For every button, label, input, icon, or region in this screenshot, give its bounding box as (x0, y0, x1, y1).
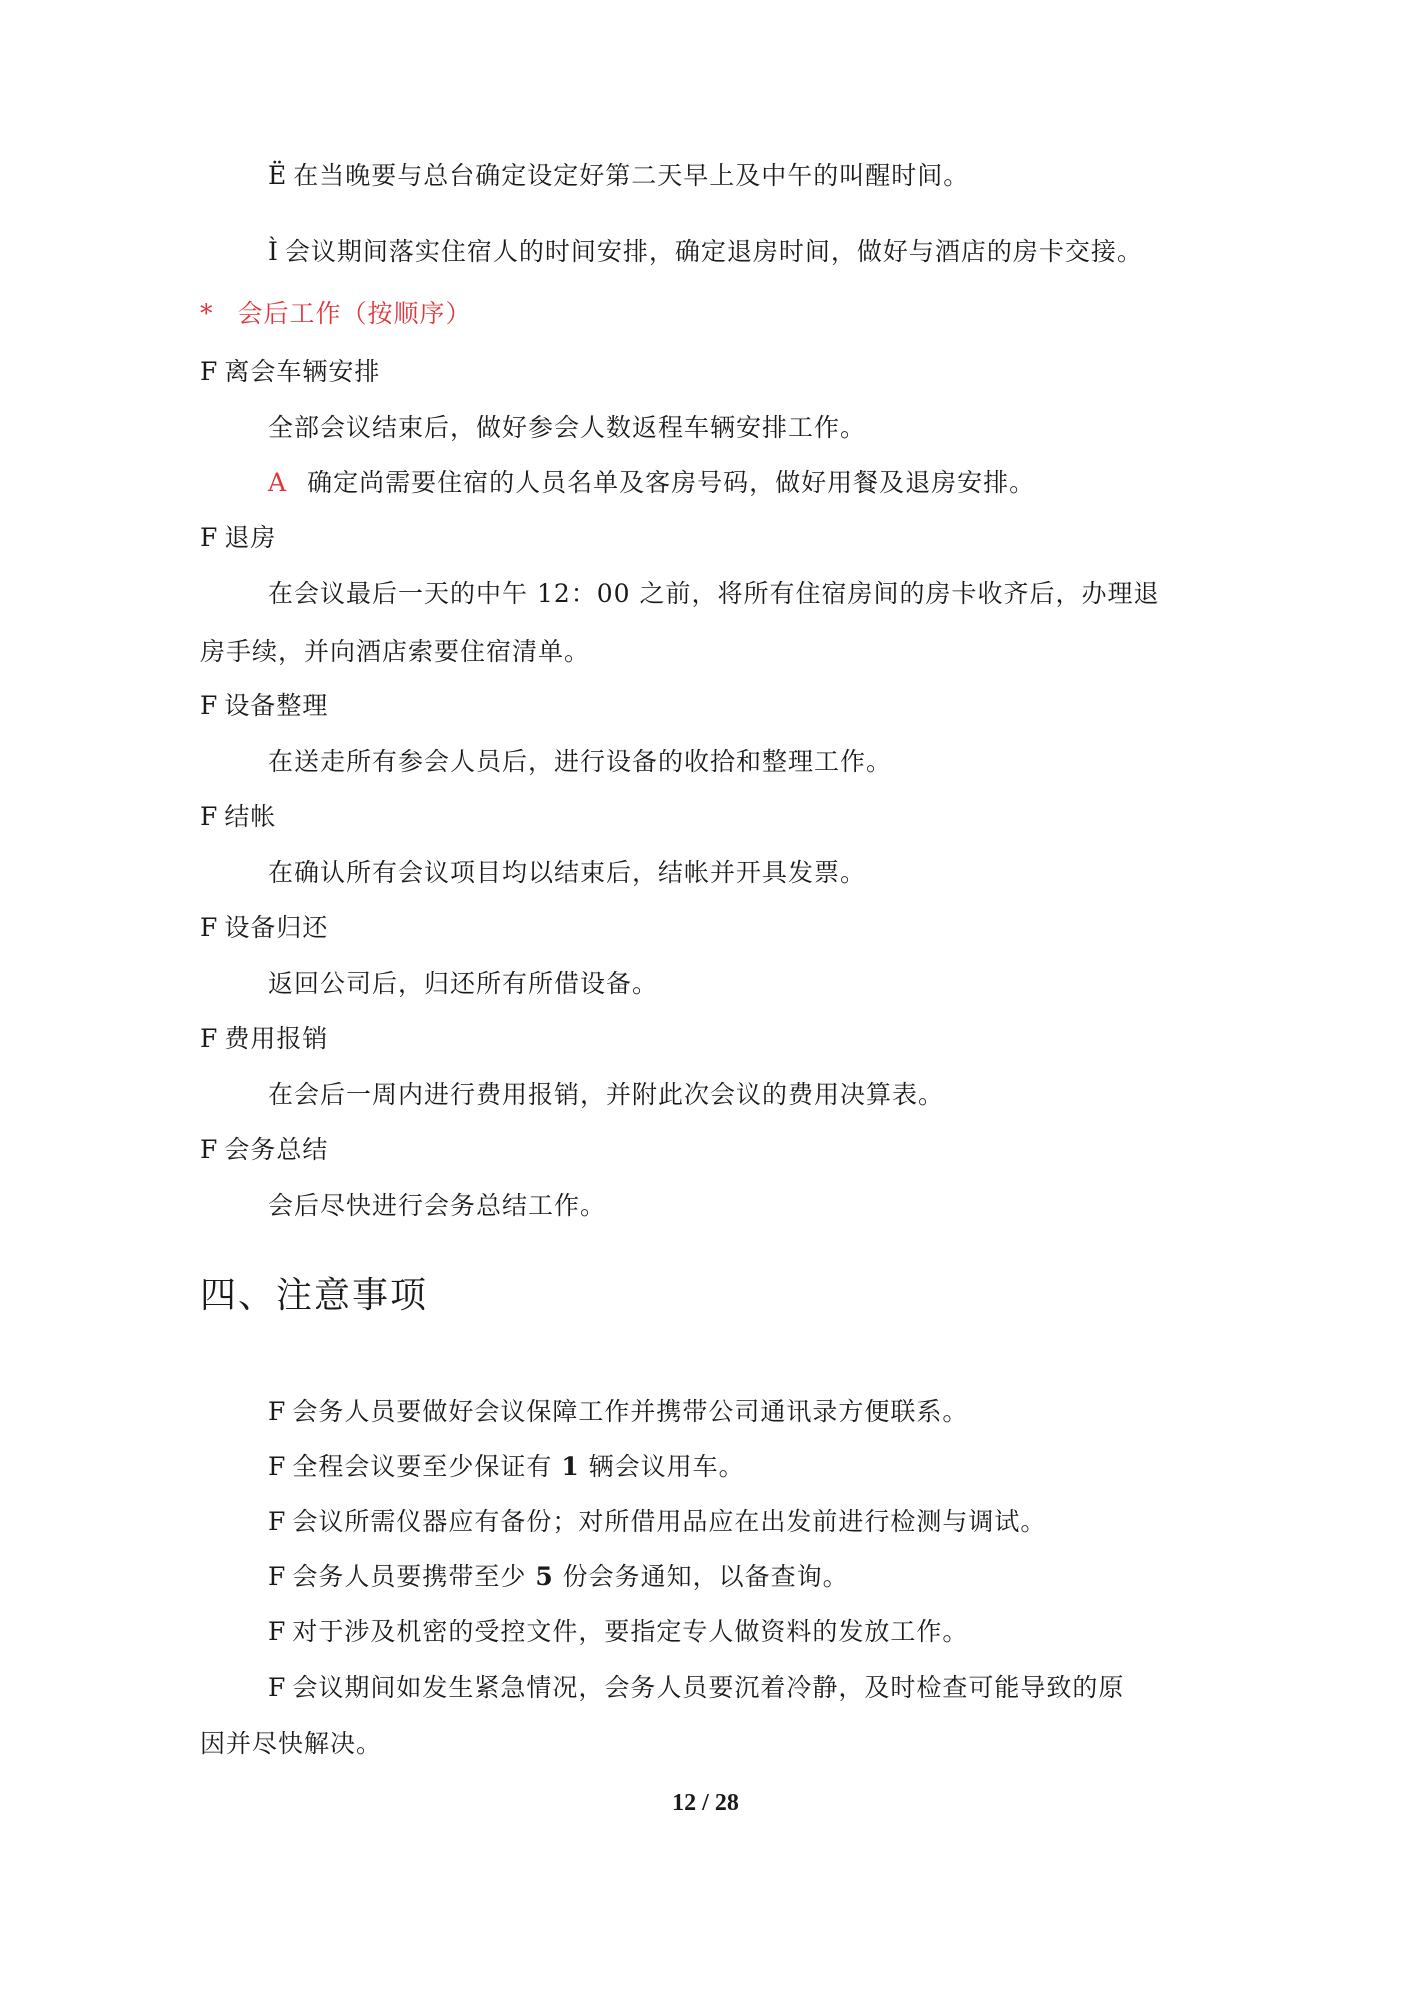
notice-text: 辆会议用车。 (580, 1452, 745, 1481)
notice-item-continued: 因并尽快解决。 (200, 1728, 382, 1760)
bullet-marker: F (268, 1617, 286, 1646)
item-body: 在确认所有会议项目均以结束后，结帐并开具发票。 (268, 857, 866, 889)
bullet-marker: Ë (268, 161, 287, 190)
item-title-text: 费用报销 (224, 1024, 328, 1053)
item-body: 在送走所有参会人员后，进行设备的收拾和整理工作。 (268, 746, 892, 778)
section-title: 会后工作（按顺序） (238, 299, 472, 328)
notice-item: F会务人员要携带至少 5 份会务通知，以备查询。 (268, 1561, 849, 1593)
notice-number: 1 (561, 1452, 579, 1481)
bullet-marker: F (200, 913, 218, 942)
notice-text: 会务人员要做好会议保障工作并携带公司通讯录方便联系。 (292, 1397, 968, 1426)
bullet-marker: F (200, 1135, 218, 1164)
item-title: F会务总结 (200, 1134, 328, 1166)
notice-text: 对于涉及机密的受控文件，要指定专人做资料的发放工作。 (292, 1617, 968, 1646)
notice-item: F全程会议要至少保证有 1 辆会议用车。 (268, 1451, 745, 1483)
notice-item: F会议期间如发生紧急情况，会务人员要沉着冷静，及时检查可能导致的原 (268, 1672, 1124, 1704)
item-title-text: 设备归还 (224, 913, 328, 942)
item-title: F离会车辆安排 (200, 356, 380, 388)
bullet-marker: F (200, 523, 218, 552)
asterisk-icon: * (200, 299, 214, 328)
bullet-marker: F (268, 1673, 286, 1702)
bullet-marker: F (200, 357, 218, 386)
item-body: 全部会议结束后，做好参会人数返程车辆安排工作。 (268, 412, 866, 444)
paragraph-text: 会议期间落实住宿人的时间安排，确定退房时间，做好与酒店的房卡交接。 (285, 237, 1143, 266)
bullet-marker: F (200, 1024, 218, 1053)
item-title-text: 退房 (224, 523, 276, 552)
item-body: 在会议最后一天的中午 12：00 之前，将所有住宿房间的房卡收齐后，办理退 (268, 578, 1160, 610)
item-title: F费用报销 (200, 1023, 328, 1055)
item-title: F设备整理 (200, 690, 328, 722)
notice-item: F会务人员要做好会议保障工作并携带公司通讯录方便联系。 (268, 1396, 968, 1428)
item-body: 会后尽快进行会务总结工作。 (268, 1190, 606, 1222)
notice-text: 份会务通知，以备查询。 (554, 1562, 849, 1591)
bullet-marker: F (268, 1507, 286, 1536)
notice-text: 会务人员要携带至少 (292, 1562, 535, 1591)
notice-item: F会议所需仪器应有备份；对所借用品应在出发前进行检测与调试。 (268, 1506, 1046, 1538)
item-body-continued: 房手续，并向酒店索要住宿清单。 (200, 636, 590, 668)
item-title-text: 会务总结 (224, 1135, 328, 1164)
sub-text: 确定尚需要住宿的人员名单及客房号码，做好用餐及退房安排。 (307, 468, 1035, 497)
item-title-text: 离会车辆安排 (224, 357, 380, 386)
bullet-marker: F (268, 1562, 286, 1591)
sub-marker: A (268, 468, 287, 497)
bullet-marker: F (268, 1397, 286, 1426)
item-title-text: 设备整理 (224, 691, 328, 720)
notice-text: 会议所需仪器应有备份；对所借用品应在出发前进行检测与调试。 (292, 1507, 1046, 1536)
notice-number: 5 (535, 1562, 553, 1591)
bullet-marker: F (268, 1452, 286, 1481)
section-heading: 四、注意事项 (200, 1274, 428, 1318)
page-number: 12 / 28 (0, 1790, 1411, 1817)
item-subnote: A确定尚需要住宿的人员名单及客房号码，做好用餐及退房安排。 (268, 467, 1035, 499)
item-body: 在会后一周内进行费用报销，并附此次会议的费用决算表。 (268, 1079, 944, 1111)
bullet-marker: F (200, 691, 218, 720)
item-title-text: 结帐 (224, 802, 276, 831)
paragraph-text: 在当晚要与总台确定设定好第二天早上及中午的叫醒时间。 (293, 161, 969, 190)
paragraph: Ë在当晚要与总台确定设定好第二天早上及中午的叫醒时间。 (268, 160, 969, 192)
notice-text: 全程会议要至少保证有 (292, 1452, 561, 1481)
item-body: 返回公司后，归还所有所借设备。 (268, 968, 658, 1000)
bullet-marker: F (200, 802, 218, 831)
item-title: F退房 (200, 522, 276, 554)
notice-item: F对于涉及机密的受控文件，要指定专人做资料的发放工作。 (268, 1616, 968, 1648)
bullet-marker: Ì (268, 237, 279, 266)
item-title: F结帐 (200, 801, 276, 833)
notice-text: 会议期间如发生紧急情况，会务人员要沉着冷静，及时检查可能导致的原 (292, 1673, 1124, 1702)
section-heading-after-meeting: *会后工作（按顺序） (200, 298, 472, 330)
paragraph: Ì会议期间落实住宿人的时间安排，确定退房时间，做好与酒店的房卡交接。 (268, 236, 1143, 268)
document-page: Ë在当晚要与总台确定设定好第二天早上及中午的叫醒时间。 Ì会议期间落实住宿人的时… (0, 0, 1411, 1995)
item-title: F设备归还 (200, 912, 328, 944)
